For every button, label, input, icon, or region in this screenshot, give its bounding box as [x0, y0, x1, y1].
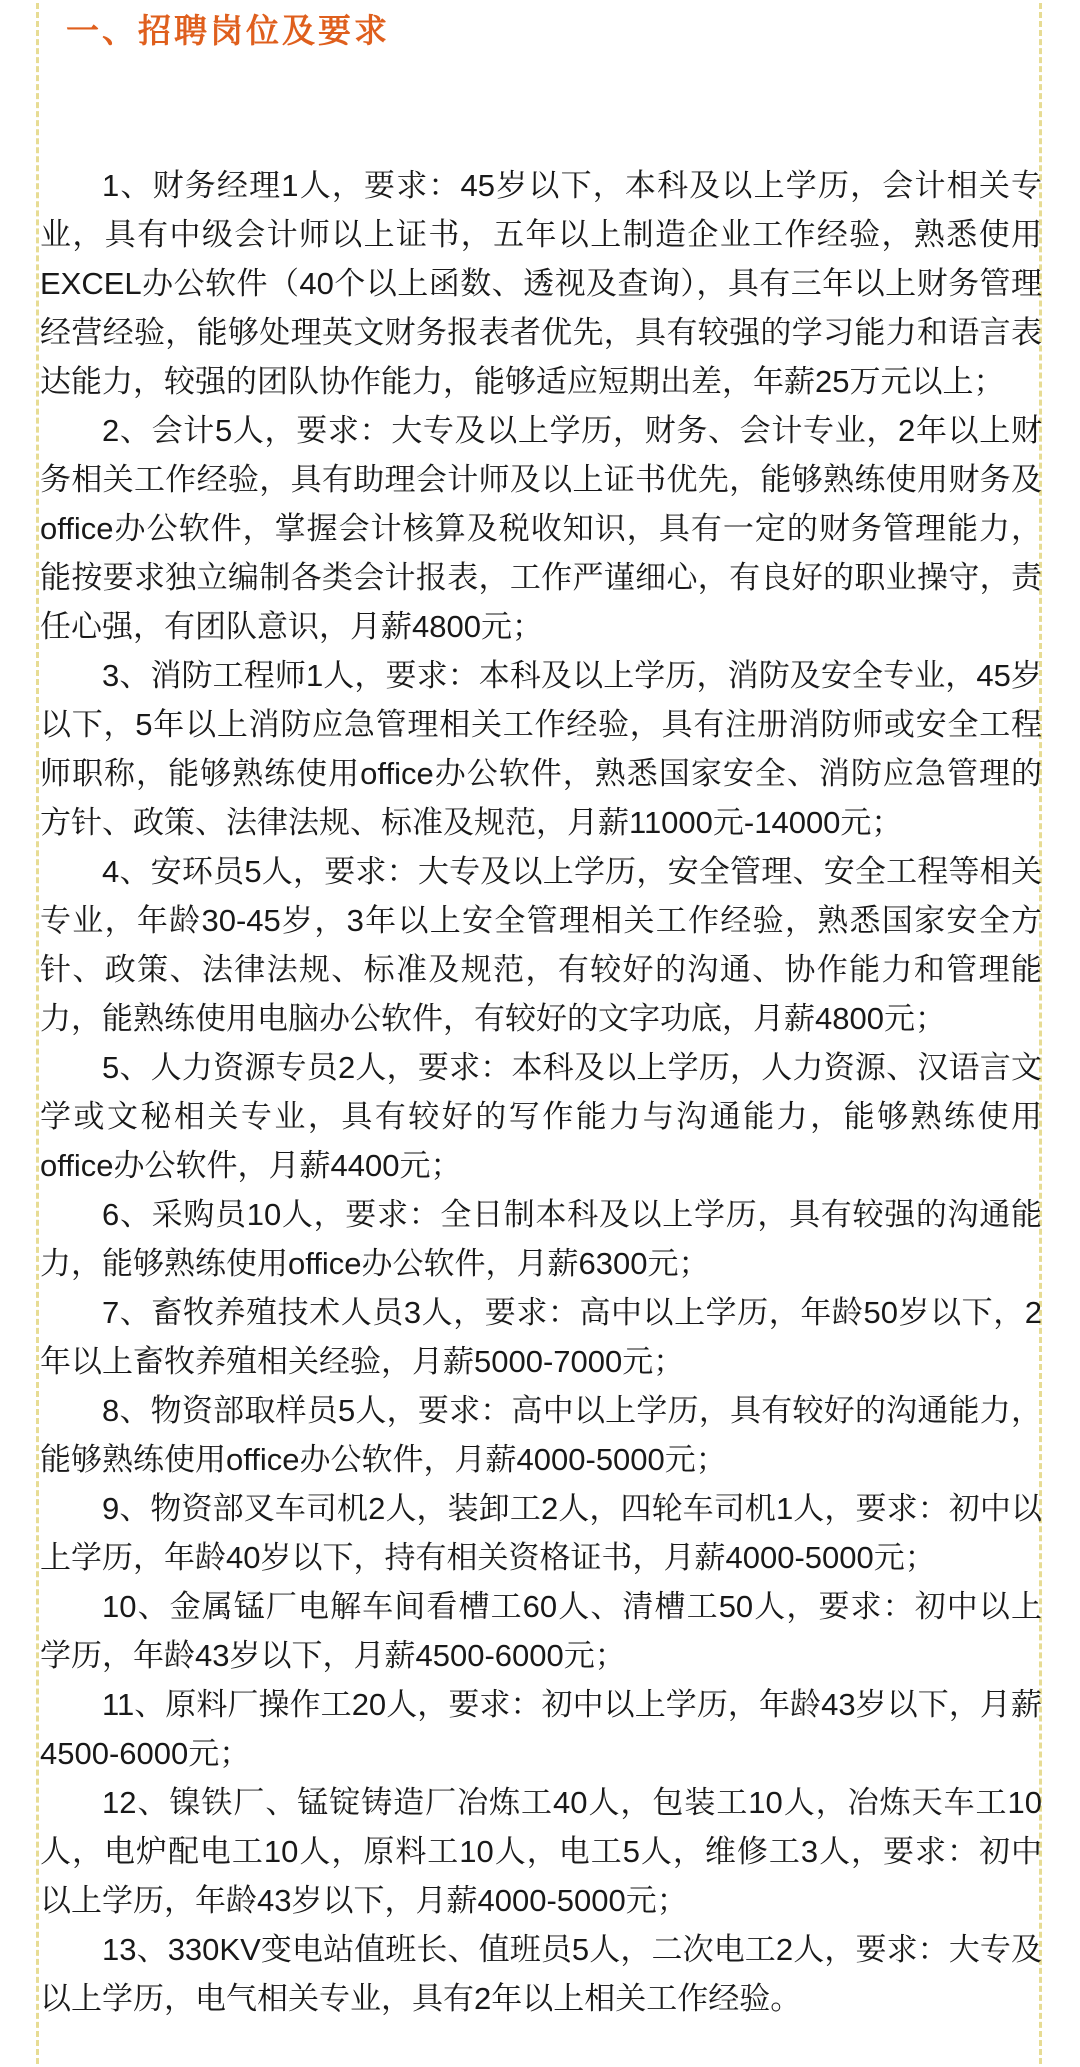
dashed-border-left	[36, 0, 39, 2067]
recruitment-notice-page: 一、招聘岗位及要求 1、财务经理1人，要求：45岁以下，本科及以上学历，会计相关…	[0, 0, 1080, 2067]
position-item-13: 13、330KV变电站值班长、值班员5人，二次电工2人，要求：大专及以上学历，电…	[40, 1925, 1042, 2023]
position-item-11: 11、原料厂操作工20人，要求：初中以上学历，年龄43岁以下，月薪4500-60…	[40, 1680, 1042, 1778]
position-item-2: 2、会计5人，要求：大专及以上学历，财务、会计专业，2年以上财务相关工作经验，具…	[40, 406, 1042, 651]
position-item-10: 10、金属锰厂电解车间看槽工60人、清槽工50人，要求：初中以上学历，年龄43岁…	[40, 1582, 1042, 1680]
position-item-9: 9、物资部叉车司机2人，装卸工2人，四轮车司机1人，要求：初中以上学历，年龄40…	[40, 1484, 1042, 1582]
position-item-1: 1、财务经理1人，要求：45岁以下，本科及以上学历，会计相关专业，具有中级会计师…	[40, 161, 1042, 406]
position-item-6: 6、采购员10人，要求：全日制本科及以上学历，具有较强的沟通能力，能够熟练使用o…	[40, 1190, 1042, 1288]
position-item-8: 8、物资部取样员5人，要求：高中以上学历，具有较好的沟通能力，能够熟练使用off…	[40, 1386, 1042, 1484]
positions-list: 1、财务经理1人，要求：45岁以下，本科及以上学历，会计相关专业，具有中级会计师…	[40, 161, 1042, 2023]
position-item-12: 12、镍铁厂、锰锭铸造厂冶炼工40人，包装工10人，冶炼天车工10人，电炉配电工…	[40, 1778, 1042, 1925]
section-title: 一、招聘岗位及要求	[40, 0, 1042, 54]
position-item-3: 3、消防工程师1人，要求：本科及以上学历，消防及安全专业，45岁以下，5年以上消…	[40, 651, 1042, 847]
position-item-7: 7、畜牧养殖技术人员3人，要求：高中以上学历，年龄50岁以下，2年以上畜牧养殖相…	[40, 1288, 1042, 1386]
document-content: 一、招聘岗位及要求 1、财务经理1人，要求：45岁以下，本科及以上学历，会计相关…	[40, 0, 1042, 2023]
position-item-5: 5、人力资源专员2人，要求：本科及以上学历，人力资源、汉语言文学或文秘相关专业，…	[40, 1043, 1042, 1190]
position-item-4: 4、安环员5人，要求：大专及以上学历，安全管理、安全工程等相关专业，年龄30-4…	[40, 847, 1042, 1043]
